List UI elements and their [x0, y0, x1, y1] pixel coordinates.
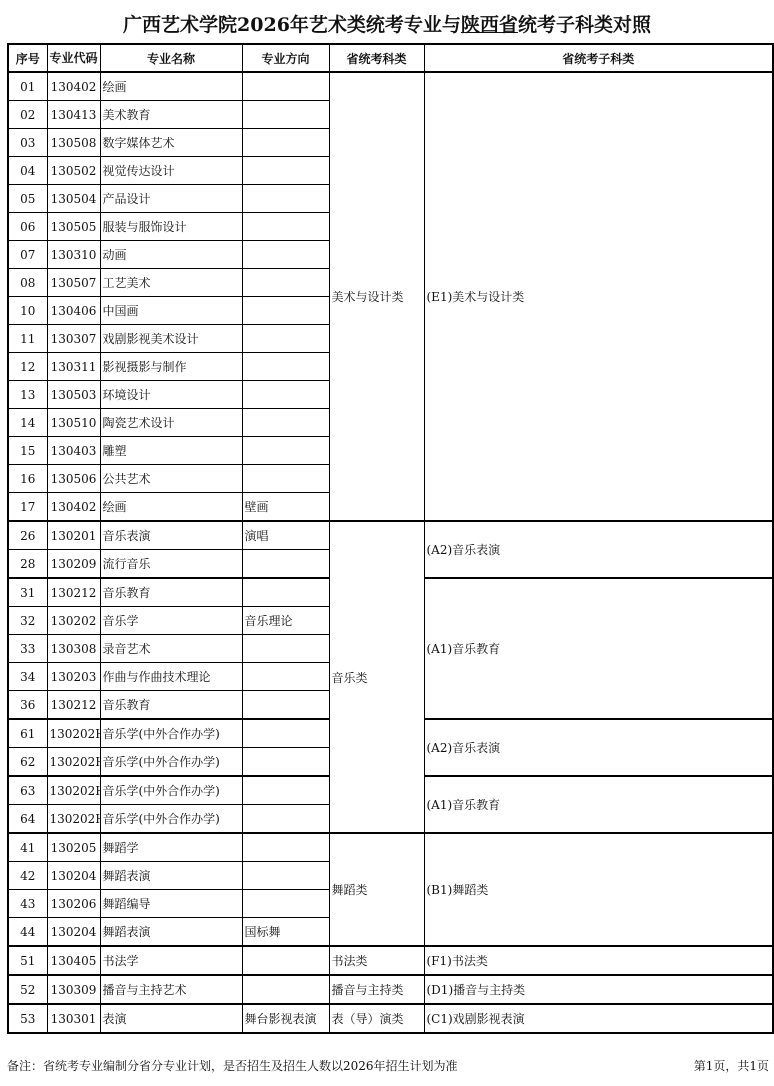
- direction-cell: [242, 550, 329, 579]
- seq-cell: 07: [8, 241, 47, 269]
- direction-cell: [242, 185, 329, 213]
- name-cell: 音乐学(中外合作办学): [100, 748, 242, 777]
- direction-cell: 演唱: [242, 521, 329, 550]
- code-cell: 130310: [47, 241, 100, 269]
- direction-cell: [242, 578, 329, 607]
- page-indicator: 第1页，共1页: [694, 1057, 769, 1074]
- direction-cell: [242, 437, 329, 465]
- direction-cell: [242, 805, 329, 834]
- name-cell: 书法学: [100, 946, 242, 975]
- name-cell: 舞蹈表演: [100, 862, 242, 890]
- table-row: 53 130301 表演 舞台影视表演 表（导）演类 (C1)戏剧影视表演: [8, 1004, 773, 1033]
- seq-cell: 10: [8, 297, 47, 325]
- code-cell: 130301: [47, 1004, 100, 1033]
- category-cell: 书法类: [329, 946, 424, 975]
- footer-note: 备注：省统考专业编制分省分专业计划，是否招生及招生人数以2026年招生计划为准: [7, 1057, 458, 1074]
- code-cell: 130413: [47, 101, 100, 129]
- name-cell: 舞蹈编导: [100, 890, 242, 918]
- direction-cell: [242, 975, 329, 1004]
- code-cell: 130212: [47, 578, 100, 607]
- direction-cell: [242, 297, 329, 325]
- name-cell: 播音与主持艺术: [100, 975, 242, 1004]
- code-cell: 130504: [47, 185, 100, 213]
- subcategory-cell: (A2)音乐表演: [424, 521, 773, 578]
- seq-cell: 28: [8, 550, 47, 579]
- direction-cell: [242, 353, 329, 381]
- seq-cell: 06: [8, 213, 47, 241]
- code-cell: 130508: [47, 129, 100, 157]
- subcategory-cell: (D1)播音与主持类: [424, 975, 773, 1004]
- table-header-row: 序号 专业代码 专业名称 专业方向 省统考科类 省统考子科类: [8, 44, 773, 72]
- header-name: 专业名称: [100, 44, 242, 72]
- name-cell: 作曲与作曲技术理论: [100, 663, 242, 691]
- code-cell: 130506: [47, 465, 100, 493]
- seq-cell: 33: [8, 635, 47, 663]
- seq-cell: 34: [8, 663, 47, 691]
- category-cell: 音乐类: [329, 521, 424, 833]
- table-row: 52 130309 播音与主持艺术 播音与主持类 (D1)播音与主持类: [8, 975, 773, 1004]
- seq-cell: 14: [8, 409, 47, 437]
- seq-cell: 51: [8, 946, 47, 975]
- code-cell: 130406: [47, 297, 100, 325]
- seq-cell: 32: [8, 607, 47, 635]
- table-row: 26 130201 音乐表演 演唱 音乐类 (A2)音乐表演: [8, 521, 773, 550]
- code-cell: 130201: [47, 521, 100, 550]
- seq-cell: 13: [8, 381, 47, 409]
- direction-cell: 音乐理论: [242, 607, 329, 635]
- header-subcategory: 省统考子科类: [424, 44, 773, 72]
- direction-cell: [242, 833, 329, 862]
- name-cell: 中国画: [100, 297, 242, 325]
- subcategory-cell: (A2)音乐表演: [424, 719, 773, 776]
- title-province: 陕西省: [461, 14, 518, 36]
- name-cell: 绘画: [100, 72, 242, 101]
- name-cell: 影视摄影与制作: [100, 353, 242, 381]
- name-cell: 录音艺术: [100, 635, 242, 663]
- seq-cell: 12: [8, 353, 47, 381]
- code-cell: 130308: [47, 635, 100, 663]
- subcategory-cell: (B1)舞蹈类: [424, 833, 773, 946]
- name-cell: 流行音乐: [100, 550, 242, 579]
- direction-cell: [242, 72, 329, 101]
- name-cell: 绘画: [100, 493, 242, 522]
- table-row: 51 130405 书法学 书法类 (F1)书法类: [8, 946, 773, 975]
- subcategory-cell: (A1)音乐教育: [424, 578, 773, 719]
- direction-cell: [242, 381, 329, 409]
- seq-cell: 15: [8, 437, 47, 465]
- header-code: 专业代码: [47, 44, 100, 72]
- name-cell: 视觉传达设计: [100, 157, 242, 185]
- code-cell: 130202H: [47, 719, 100, 748]
- code-cell: 130402: [47, 493, 100, 522]
- code-cell: 130510: [47, 409, 100, 437]
- seq-cell: 61: [8, 719, 47, 748]
- name-cell: 音乐学(中外合作办学): [100, 776, 242, 805]
- mapping-table: 序号 专业代码 专业名称 专业方向 省统考科类 省统考子科类 01 130402…: [7, 43, 774, 1034]
- subcategory-cell: (E1)美术与设计类: [424, 72, 773, 521]
- direction-cell: [242, 719, 329, 748]
- code-cell: 130502: [47, 157, 100, 185]
- code-cell: 130202H: [47, 748, 100, 777]
- seq-cell: 63: [8, 776, 47, 805]
- name-cell: 数字媒体艺术: [100, 129, 242, 157]
- subcategory-cell: (A1)音乐教育: [424, 776, 773, 833]
- direction-cell: [242, 129, 329, 157]
- direction-cell: [242, 862, 329, 890]
- direction-cell: [242, 409, 329, 437]
- direction-cell: [242, 465, 329, 493]
- code-cell: 130202H: [47, 805, 100, 834]
- code-cell: 130204: [47, 862, 100, 890]
- direction-cell: [242, 663, 329, 691]
- name-cell: 戏剧影视美术设计: [100, 325, 242, 353]
- code-cell: 130206: [47, 890, 100, 918]
- name-cell: 舞蹈学: [100, 833, 242, 862]
- direction-cell: [242, 213, 329, 241]
- name-cell: 表演: [100, 1004, 242, 1033]
- seq-cell: 62: [8, 748, 47, 777]
- name-cell: 音乐教育: [100, 578, 242, 607]
- code-cell: 130202: [47, 607, 100, 635]
- name-cell: 服装与服饰设计: [100, 213, 242, 241]
- name-cell: 音乐学(中外合作办学): [100, 805, 242, 834]
- code-cell: 130503: [47, 381, 100, 409]
- table-row: 41 130205 舞蹈学 舞蹈类 (B1)舞蹈类: [8, 833, 773, 862]
- code-cell: 130307: [47, 325, 100, 353]
- direction-cell: [242, 101, 329, 129]
- seq-cell: 26: [8, 521, 47, 550]
- seq-cell: 02: [8, 101, 47, 129]
- direction-cell: 壁画: [242, 493, 329, 522]
- code-cell: 130205: [47, 833, 100, 862]
- direction-cell: [242, 269, 329, 297]
- seq-cell: 08: [8, 269, 47, 297]
- seq-cell: 01: [8, 72, 47, 101]
- subcategory-cell: (C1)戏剧影视表演: [424, 1004, 773, 1033]
- name-cell: 陶瓷艺术设计: [100, 409, 242, 437]
- name-cell: 音乐学(中外合作办学): [100, 719, 242, 748]
- name-cell: 产品设计: [100, 185, 242, 213]
- name-cell: 美术教育: [100, 101, 242, 129]
- seq-cell: 03: [8, 129, 47, 157]
- code-cell: 130403: [47, 437, 100, 465]
- header-seq: 序号: [8, 44, 47, 72]
- seq-cell: 43: [8, 890, 47, 918]
- header-category: 省统考科类: [329, 44, 424, 72]
- title-suffix: 统考子科类对照: [518, 14, 651, 36]
- seq-cell: 05: [8, 185, 47, 213]
- direction-cell: [242, 157, 329, 185]
- header-direction: 专业方向: [242, 44, 329, 72]
- direction-cell: [242, 776, 329, 805]
- direction-cell: [242, 691, 329, 720]
- subcategory-cell: (F1)书法类: [424, 946, 773, 975]
- code-cell: 130209: [47, 550, 100, 579]
- seq-cell: 11: [8, 325, 47, 353]
- seq-cell: 41: [8, 833, 47, 862]
- code-cell: 130405: [47, 946, 100, 975]
- name-cell: 公共艺术: [100, 465, 242, 493]
- seq-cell: 64: [8, 805, 47, 834]
- seq-cell: 17: [8, 493, 47, 522]
- name-cell: 工艺美术: [100, 269, 242, 297]
- category-cell: 舞蹈类: [329, 833, 424, 946]
- seq-cell: 31: [8, 578, 47, 607]
- seq-cell: 04: [8, 157, 47, 185]
- page-title: 广西艺术学院2026年艺术类统考专业与陕西省统考子科类对照: [0, 10, 774, 40]
- seq-cell: 36: [8, 691, 47, 720]
- category-cell: 播音与主持类: [329, 975, 424, 1004]
- name-cell: 雕塑: [100, 437, 242, 465]
- seq-cell: 53: [8, 1004, 47, 1033]
- direction-cell: [242, 946, 329, 975]
- direction-cell: [242, 241, 329, 269]
- seq-cell: 42: [8, 862, 47, 890]
- name-cell: 音乐表演: [100, 521, 242, 550]
- name-cell: 音乐学: [100, 607, 242, 635]
- title-prefix: 广西艺术学院2026年艺术类统考专业与: [123, 14, 461, 36]
- direction-cell: 舞台影视表演: [242, 1004, 329, 1033]
- table-row: 01 130402 绘画 美术与设计类 (E1)美术与设计类: [8, 72, 773, 101]
- code-cell: 130204: [47, 918, 100, 947]
- name-cell: 动画: [100, 241, 242, 269]
- category-cell: 美术与设计类: [329, 72, 424, 521]
- category-cell: 表（导）演类: [329, 1004, 424, 1033]
- name-cell: 舞蹈表演: [100, 918, 242, 947]
- code-cell: 130203: [47, 663, 100, 691]
- seq-cell: 52: [8, 975, 47, 1004]
- code-cell: 130311: [47, 353, 100, 381]
- direction-cell: 国标舞: [242, 918, 329, 947]
- code-cell: 130202H: [47, 776, 100, 805]
- direction-cell: [242, 890, 329, 918]
- seq-cell: 44: [8, 918, 47, 947]
- code-cell: 130507: [47, 269, 100, 297]
- code-cell: 130309: [47, 975, 100, 1004]
- name-cell: 音乐教育: [100, 691, 242, 720]
- direction-cell: [242, 635, 329, 663]
- name-cell: 环境设计: [100, 381, 242, 409]
- direction-cell: [242, 748, 329, 777]
- code-cell: 130505: [47, 213, 100, 241]
- code-cell: 130212: [47, 691, 100, 720]
- direction-cell: [242, 325, 329, 353]
- code-cell: 130402: [47, 72, 100, 101]
- seq-cell: 16: [8, 465, 47, 493]
